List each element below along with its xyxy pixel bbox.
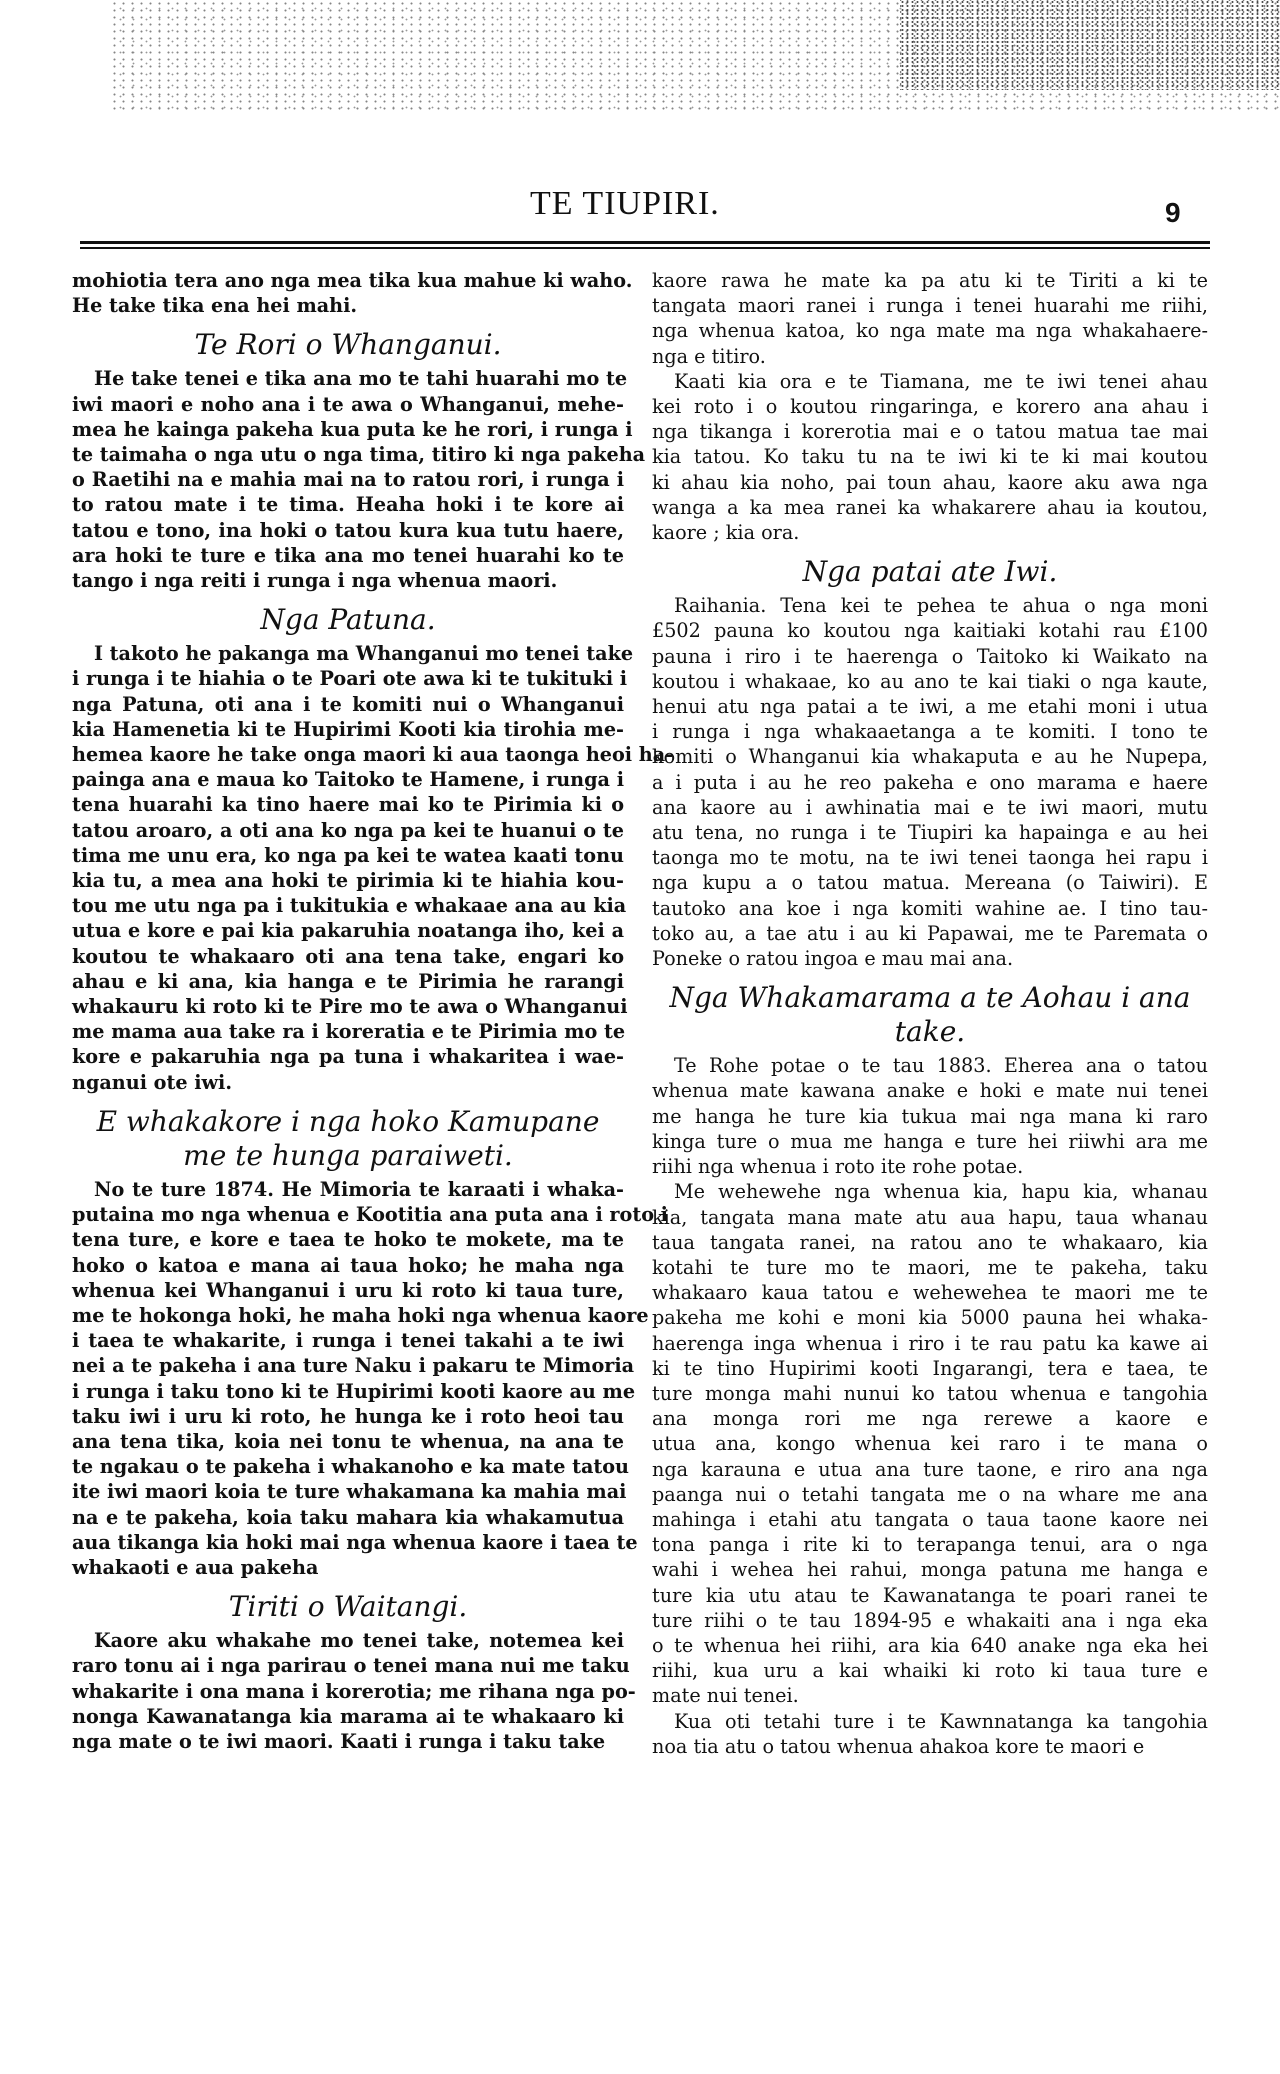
- text-line: te taimaha o nga utu o nga tima, titiro …: [72, 442, 624, 467]
- section-heading: E whakakore i nga hoko Kamupane me te hu…: [72, 1105, 624, 1173]
- header-rule-thick: [80, 241, 1210, 244]
- text-line: nga kupu a o tatou matua. Mereana (o Tai…: [652, 870, 1208, 895]
- text-line: hoko o katoa e mana ai taua hoko; he mah…: [72, 1253, 624, 1278]
- text-line: tou me utu nga pa i tukitukia e whakaae …: [72, 893, 624, 918]
- text-line: i runga i taku tono ki te Hupirimi kooti…: [72, 1379, 624, 1404]
- text-line: putaina mo nga whenua e Kootitia ana put…: [72, 1202, 624, 1227]
- text-line: me te hokonga hoki, he maha hoki nga whe…: [72, 1303, 624, 1328]
- text-line: mea he kainga pakeha kua puta ke he rori…: [72, 417, 624, 442]
- text-line: nga tikanga i korerotia mai e o tatou ma…: [652, 419, 1208, 444]
- text-line: riihi, kua uru a kai whaiki ki roto ki t…: [652, 1658, 1208, 1683]
- text-line: wanga a ka mea ranei ka whakarere ahau i…: [652, 495, 1208, 520]
- text-line: Kaati kia ora e te Tiamana, me te iwi te…: [652, 369, 1208, 394]
- text-line: o te whenua hei riihi, ara kia 640 anake…: [652, 1633, 1208, 1658]
- text-line: me hanga he ture kia tukua mai nga mana …: [652, 1104, 1208, 1129]
- text-line: kia Hamenetia ki te Hupirimi Kooti kia t…: [72, 717, 624, 742]
- text-line: wahi i wehea hei rahui, monga patuna me …: [652, 1557, 1208, 1582]
- text-line: nga karauna e utua ana ture taone, e rir…: [652, 1457, 1208, 1482]
- text-line: a i puta i au he reo pakeha e ono marama…: [652, 770, 1208, 795]
- text-line: painga ana e maua ko Taitoko te Hamene, …: [72, 767, 624, 792]
- text-line: tatou e tono, ina hoki o tatou kura kua …: [72, 518, 624, 543]
- text-line: koutou te whakaaro oti ana tena take, en…: [72, 944, 624, 969]
- text-line: tatou aroaro, a oti ana ko nga pa kei te…: [72, 818, 624, 843]
- page-header: TE TIUPIRI. 9: [70, 185, 1210, 225]
- section-heading: Te Rori o Whanganui.: [72, 328, 624, 362]
- paragraph: Raihania. Tena kei te pehea te ahua o ng…: [652, 593, 1208, 971]
- text-line: kore e pakaruhia nga pa tuna i whakarite…: [72, 1044, 624, 1069]
- text-line: Kaore aku whakahe mo tenei take, notemea…: [72, 1628, 624, 1653]
- text-line: tena huarahi ka tino haere mai ko te Pir…: [72, 792, 624, 817]
- text-line: kaore ; kia ora.: [652, 520, 1208, 545]
- text-line: £502 pauna ko koutou nga kaitiaki kotahi…: [652, 618, 1208, 643]
- text-line: to ratou mate i te tima. Heaha hoki i te…: [72, 492, 624, 517]
- text-line: utua ana, kongo whenua kei raro i te man…: [652, 1431, 1208, 1456]
- page-number: 9: [1165, 197, 1181, 229]
- text-line: kia tu, a mea ana hoki te pirimia ki te …: [72, 868, 624, 893]
- text-line: kinga ture o mua me hanga e ture hei rii…: [652, 1129, 1208, 1154]
- paragraph: mohiotia tera ano nga mea tika kua mahue…: [72, 268, 624, 318]
- text-line: nga e titiro.: [652, 344, 1208, 369]
- text-line: te ngakau o te pakeha i whakanoho e ka m…: [72, 1454, 624, 1479]
- text-line: taku iwi i uru ki roto, he hunga ke i ro…: [72, 1404, 624, 1429]
- paragraph: Kua oti tetahi ture i te Kawnnatanga ka …: [652, 1709, 1208, 1759]
- text-line: He take tika ena hei mahi.: [72, 293, 624, 318]
- section-heading: Nga patai ate Iwi.: [652, 555, 1208, 589]
- text-line: whakarite i ona mana i korerotia; me rih…: [72, 1679, 624, 1704]
- paragraph: Me wehewehe nga whenua kia, hapu kia, wh…: [652, 1179, 1208, 1708]
- text-line: ture riihi o te tau 1894-95 e whakaiti a…: [652, 1608, 1208, 1633]
- paragraph: Kaore aku whakahe mo tenei take, notemea…: [72, 1628, 624, 1754]
- text-line: toko au, a tae atu i au ki Papawai, me t…: [652, 921, 1208, 946]
- text-line: komiti o Whanganui kia whakaputa e au he…: [652, 744, 1208, 769]
- text-line: i runga i te hiahia o te Poari ote awa k…: [72, 666, 624, 691]
- text-line: noa tia atu o tatou whenua ahakoa kore t…: [652, 1734, 1208, 1759]
- text-line: pakeha me kohi e moni kia 5000 pauna hei…: [652, 1305, 1208, 1330]
- text-line: riihi nga whenua i roto ite rohe potae.: [652, 1154, 1208, 1179]
- text-line: pauna i riro i te haerenga o Taitoko ki …: [652, 644, 1208, 669]
- text-line: tangata maori ranei i runga i tenei huar…: [652, 293, 1208, 318]
- text-line: kaore rawa he mate ka pa atu ki te Tirit…: [652, 268, 1208, 293]
- text-line: kia, tangata mana mate atu aua hapu, tau…: [652, 1205, 1208, 1230]
- text-line: tona panga i rite ki to terapanga tenui,…: [652, 1532, 1208, 1557]
- paragraph: Te Rohe potae o te tau 1883. Eherea ana …: [652, 1053, 1208, 1179]
- section-heading: Tiriti o Waitangi.: [72, 1590, 624, 1624]
- text-line: nganui ote iwi.: [72, 1070, 624, 1095]
- text-line: me mama aua take ra i koreratia e te Pir…: [72, 1019, 624, 1044]
- text-line: hemea kaore he take onga maori ki aua ta…: [72, 742, 624, 767]
- text-line: na e te pakeha, koia taku mahara kia wha…: [72, 1505, 624, 1530]
- section-heading: Nga Whakamarama a te Aohau i ana take.: [652, 981, 1208, 1049]
- text-line: nga whenua katoa, ko nga mate ma nga wha…: [652, 318, 1208, 343]
- header-rule-thin: [80, 247, 1210, 249]
- text-line: ana kaore au i awhinatia mai e te iwi ma…: [652, 795, 1208, 820]
- text-line: ki te tino Hupirimi kooti Ingarangi, ter…: [652, 1356, 1208, 1381]
- text-line: whakaoti e aua pakeha: [72, 1555, 624, 1580]
- paragraph: No te ture 1874. He Mimoria te karaati i…: [72, 1177, 624, 1580]
- text-line: aua tikanga kia hoki mai nga whenua kaor…: [72, 1530, 624, 1555]
- text-line: nga Patuna, oti ana i te komiti nui o Wh…: [72, 692, 624, 717]
- paragraph: I takoto he pakanga ma Whanganui mo tene…: [72, 641, 624, 1095]
- text-line: iwi maori e noho ana i te awa o Whanganu…: [72, 392, 624, 417]
- text-line: taua tangata ranei, na ratou ano te whak…: [652, 1230, 1208, 1255]
- text-line: kotahi te ture mo te maori, me te pakeha…: [652, 1255, 1208, 1280]
- text-line: tango i nga reiti i runga i nga whenua m…: [72, 568, 624, 593]
- text-line: ana tena tika, koia nei tonu te whenua, …: [72, 1429, 624, 1454]
- text-line: koutou i whakaae, ko au ano te kai tiaki…: [652, 669, 1208, 694]
- paragraph: He take tenei e tika ana mo te tahi huar…: [72, 366, 624, 593]
- text-line: i taea te whakarite, i runga i tenei tak…: [72, 1328, 624, 1353]
- text-line: ara hoki te ture e tika ana mo tenei hua…: [72, 543, 624, 568]
- text-line: ture kia utu atau te Kawanatanga te poar…: [652, 1583, 1208, 1608]
- text-line: kia tatou. Ko taku tu na te iwi ki te ki…: [652, 444, 1208, 469]
- text-line: Te Rohe potae o te tau 1883. Eherea ana …: [652, 1053, 1208, 1078]
- paragraph: kaore rawa he mate ka pa atu ki te Tirit…: [652, 268, 1208, 369]
- text-line: whenua kei Whanganui i uru ki roto ki ta…: [72, 1278, 624, 1303]
- text-line: Kua oti tetahi ture i te Kawnnatanga ka …: [652, 1709, 1208, 1734]
- section-heading: Nga Patuna.: [72, 603, 624, 637]
- page-title: TE TIUPIRI.: [530, 185, 720, 223]
- right-column: kaore rawa he mate ka pa atu ki te Tirit…: [652, 268, 1208, 1759]
- text-line: taonga mo te motu, na te iwi tenei taong…: [652, 845, 1208, 870]
- text-line: I takoto he pakanga ma Whanganui mo tene…: [72, 641, 624, 666]
- text-line: tima me unu era, ko nga pa kei te watea …: [72, 843, 624, 868]
- text-line: mahinga i etahi atu tangata o taua taone…: [652, 1507, 1208, 1532]
- text-line: haerenga inga whenua i riro i te rau pat…: [652, 1331, 1208, 1356]
- article-section: Nga patai ate Iwi.Raihania. Tena kei te …: [652, 555, 1208, 971]
- text-line: o Raetihi na e mahia mai na to ratou ror…: [72, 467, 624, 492]
- text-line: henui atu nga patai a te iwi, a me etahi…: [652, 694, 1208, 719]
- text-line: kei roto i o koutou ringaringa, e korero…: [652, 394, 1208, 419]
- text-line: utua e kore e pai kia pakaruhia noatanga…: [72, 918, 624, 943]
- text-line: whakaaro kaua tatou e wehewehea te maori…: [652, 1280, 1208, 1305]
- text-line: ahau e ki ana, kia hanga e te Pirimia he…: [72, 969, 624, 994]
- text-line: nga mate o te iwi maori. Kaati i runga i…: [72, 1729, 624, 1754]
- text-line: nei a te pakeha i ana ture Naku i pakaru…: [72, 1353, 624, 1378]
- text-line: Me wehewehe nga whenua kia, hapu kia, wh…: [652, 1179, 1208, 1204]
- text-line: tautoko ana koe i nga komiti wahine ae. …: [652, 896, 1208, 921]
- text-line: whenua mate kawana anake e hoki e mate n…: [652, 1078, 1208, 1103]
- text-line: He take tenei e tika ana mo te tahi huar…: [72, 366, 624, 391]
- left-column: mohiotia tera ano nga mea tika kua mahue…: [72, 268, 624, 1754]
- paragraph: Kaati kia ora e te Tiamana, me te iwi te…: [652, 369, 1208, 545]
- text-line: paanga nui o tetahi tangata me o na whar…: [652, 1482, 1208, 1507]
- text-line: atu tena, no runga i te Tiupiri ka hapai…: [652, 820, 1208, 845]
- text-line: whakauru ki roto ki te Pire mo te awa o …: [72, 994, 624, 1019]
- article-section: Te Rori o Whanganui.He take tenei e tika…: [72, 328, 624, 593]
- text-line: ite iwi maori koia te ture whakamana ka …: [72, 1479, 624, 1504]
- article-section: Nga Whakamarama a te Aohau i ana take.Te…: [652, 981, 1208, 1759]
- text-line: No te ture 1874. He Mimoria te karaati i…: [72, 1177, 624, 1202]
- article-section: Nga Patuna.I takoto he pakanga ma Whanga…: [72, 603, 624, 1095]
- text-line: i runga i nga whakaaetanga a te komiti. …: [652, 719, 1208, 744]
- scan-noise-dense: [900, 0, 1280, 90]
- text-line: Poneke o ratou ingoa e mau mai ana.: [652, 946, 1208, 971]
- text-line: nonga Kawanatanga kia marama ai te whaka…: [72, 1704, 624, 1729]
- text-line: mate nui tenei.: [652, 1683, 1208, 1708]
- text-line: raro tonu ai i nga parirau o tenei mana …: [72, 1653, 624, 1678]
- article-section: E whakakore i nga hoko Kamupane me te hu…: [72, 1105, 624, 1580]
- text-line: ki ahau kia noho, pai toun ahau, kaore a…: [652, 470, 1208, 495]
- text-line: ana monga rori me nga rerewe a kaore e: [652, 1406, 1208, 1431]
- text-line: Raihania. Tena kei te pehea te ahua o ng…: [652, 593, 1208, 618]
- text-line: ture monga mahi nunui ko tatou whenua e …: [652, 1381, 1208, 1406]
- text-line: tena ture, e kore e taea te hoko te moke…: [72, 1227, 624, 1252]
- text-line: mohiotia tera ano nga mea tika kua mahue…: [72, 268, 624, 293]
- article-section: Tiriti o Waitangi.Kaore aku whakahe mo t…: [72, 1590, 624, 1754]
